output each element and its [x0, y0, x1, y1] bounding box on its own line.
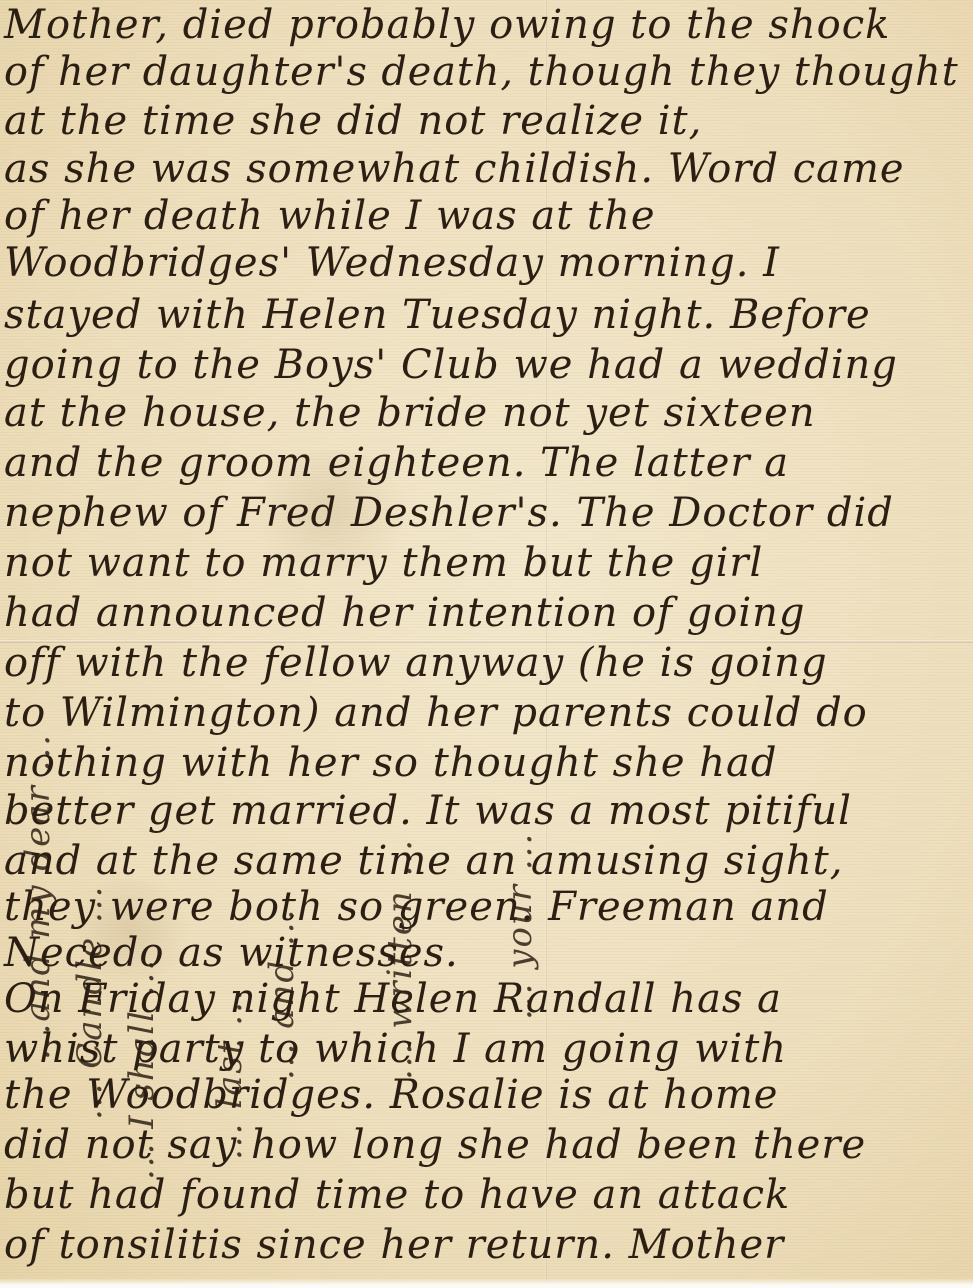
letter-line: and the groom eighteen. The latter a: [4, 440, 789, 486]
letter-line: but had found time to have an attack: [4, 1172, 790, 1218]
letter-line: Woodbridges' Wednesday morning. I: [4, 240, 780, 286]
letter-page: ...and my dear ... ... Candle ... ... I …: [0, 0, 973, 1288]
torn-bottom-edge: [0, 1278, 973, 1288]
letter-line: at the house, the bride not yet sixteen: [4, 390, 816, 436]
letter-line: not want to marry them but the girl: [4, 540, 763, 586]
letter-line: did not say how long she had been there: [4, 1122, 866, 1168]
letter-line: of her daughter's death, though they tho…: [4, 49, 959, 95]
letter-line: to Wilmington) and her parents could do: [4, 690, 868, 736]
letter-line: of tonsilitis since her return. Mother: [4, 1222, 784, 1268]
letter-line: the Woodbridges. Rosalie is at home: [4, 1072, 778, 1118]
letter-line: at the time she did not realize it,: [4, 98, 702, 144]
letter-line: had announced her intention of going: [4, 590, 806, 636]
letter-line: nothing with her so thought she had: [4, 740, 777, 786]
letter-line: as she was somewhat childish. Word came: [4, 146, 905, 192]
letter-line: and at the same time an amusing sight,: [4, 838, 843, 884]
letter-line: stayed with Helen Tuesday night. Before: [4, 292, 871, 338]
letter-line: nephew of Fred Deshler's. The Doctor did: [4, 490, 894, 536]
letter-line: better get married. It was a most pitifu…: [4, 788, 852, 834]
letter-line: off with the fellow anyway (he is going: [4, 640, 828, 686]
letter-line: whist party to which I am going with: [4, 1026, 787, 1072]
letter-line: going to the Boys' Club we had a wedding: [4, 342, 898, 388]
letter-line: they were both so green. Freeman and: [4, 884, 829, 930]
letter-line: of her death while I was at the: [4, 193, 656, 239]
letter-line: Necedo as witnesses.: [4, 930, 459, 976]
letter-line: Mother, died probably owing to the shock: [4, 2, 890, 48]
letter-line: On Friday night Helen Randall has a: [4, 976, 782, 1022]
